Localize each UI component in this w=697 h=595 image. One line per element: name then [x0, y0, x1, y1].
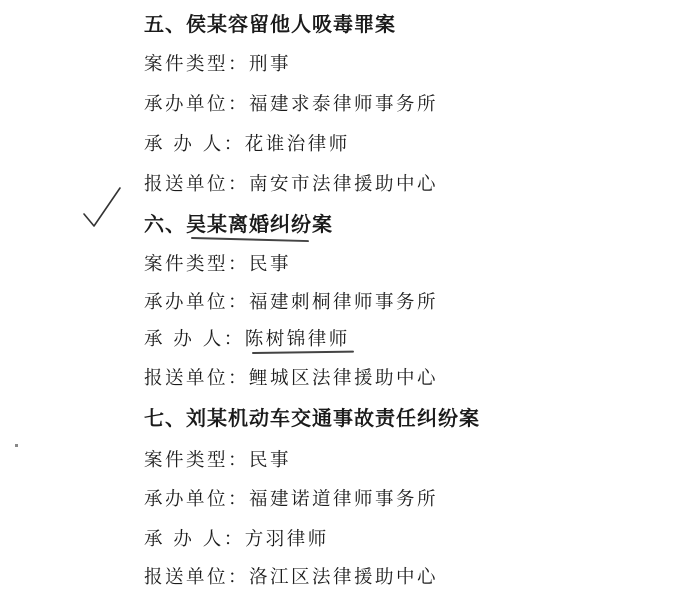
case-5-firm: 承办单位：福建求泰律师事务所 — [144, 90, 438, 116]
field-label: 承办单位： — [144, 288, 249, 314]
field-value: 花谁治律师 — [245, 130, 350, 156]
scan-speck — [15, 444, 18, 447]
case-6-title: 六、吴某离婚纠纷案 — [144, 208, 333, 237]
case-7-submitter: 报送单位：洛江区法律援助中心 — [144, 563, 438, 589]
case-6-type: 案件类型：民事 — [144, 250, 291, 276]
field-value: 福建求泰律师事务所 — [249, 90, 438, 116]
check-mark-icon — [82, 186, 122, 230]
field-label: 案件类型： — [144, 250, 249, 276]
case-5-type: 案件类型：刑事 — [144, 50, 291, 76]
field-label: 报送单位： — [144, 364, 249, 390]
case-7-lawyer: 承 办 人：方羽律师 — [144, 525, 329, 551]
field-label: 承办单位： — [144, 485, 249, 511]
field-label: 报送单位： — [144, 563, 249, 589]
field-value: 民事 — [249, 446, 291, 472]
case-6-firm: 承办单位：福建刺桐律师事务所 — [144, 288, 438, 314]
field-label: 案件类型： — [144, 446, 249, 472]
case-5-submitter: 报送单位：南安市法律援助中心 — [144, 170, 438, 196]
case-7-firm: 承办单位：福建诺道律师事务所 — [144, 485, 438, 511]
case-6-submitter: 报送单位：鲤城区法律援助中心 — [144, 364, 438, 390]
field-value: 陈树锦律师 — [245, 325, 350, 351]
field-value: 洛江区法律援助中心 — [249, 563, 438, 589]
case-7-title: 七、刘某机动车交通事故责任纠纷案 — [144, 402, 480, 431]
lawyer-underline-mark — [252, 351, 354, 354]
case-5-title: 五、侯某容留他人吸毒罪案 — [144, 8, 396, 37]
field-value: 方羽律师 — [245, 525, 329, 551]
field-label: 案件类型： — [144, 50, 249, 76]
field-label: 承 办 人： — [144, 325, 245, 351]
field-label: 承办单位： — [144, 90, 249, 116]
field-value: 福建刺桐律师事务所 — [249, 288, 438, 314]
field-value: 福建诺道律师事务所 — [249, 485, 438, 511]
field-value: 民事 — [249, 250, 291, 276]
title-underline-mark — [191, 237, 309, 242]
field-label: 报送单位： — [144, 170, 249, 196]
case-6-lawyer: 承 办 人：陈树锦律师 — [144, 325, 350, 351]
field-value: 刑事 — [249, 50, 291, 76]
field-value: 南安市法律援助中心 — [249, 170, 438, 196]
field-label: 承 办 人： — [144, 525, 245, 551]
field-label: 承 办 人： — [144, 130, 245, 156]
case-5-lawyer: 承 办 人：花谁治律师 — [144, 130, 350, 156]
case-7-type: 案件类型：民事 — [144, 446, 291, 472]
field-value: 鲤城区法律援助中心 — [249, 364, 438, 390]
